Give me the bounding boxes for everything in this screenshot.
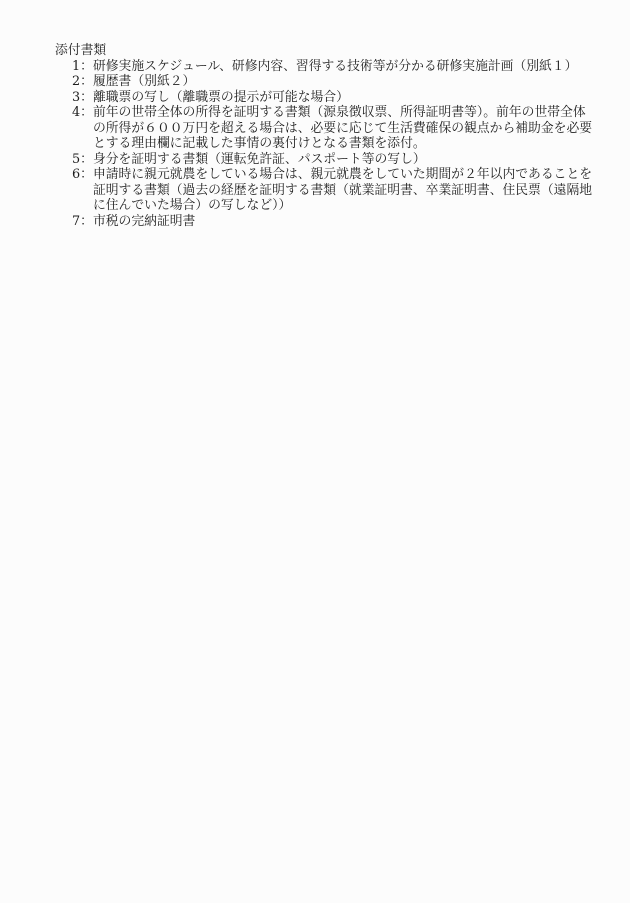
item-text: 申請時に親元就農をしている場合は、親元就農をしていた期間が２年以内であることを … bbox=[93, 167, 592, 214]
item-number: 4： bbox=[72, 105, 93, 121]
item-text: 市税の完納証明書 bbox=[93, 214, 195, 230]
attachments-section: 添付書類 1：研修実施スケジュール、研修内容、習得する技術等が分かる研修実施計画… bbox=[55, 43, 592, 229]
item-number: 6： bbox=[72, 167, 93, 183]
item-number: 7： bbox=[72, 214, 93, 230]
item-text: 離職票の写し（離職票の提示が可能な場合） bbox=[93, 90, 349, 106]
attachment-item: 1：研修実施スケジュール、研修内容、習得する技術等が分かる研修実施計画（別紙１） bbox=[72, 59, 592, 75]
attachment-item: 5：身分を証明する書類（運転免許証、パスポート等の写し） bbox=[72, 152, 592, 168]
item-number: 1： bbox=[72, 59, 93, 75]
attachments-list: 1：研修実施スケジュール、研修内容、習得する技術等が分かる研修実施計画（別紙１）… bbox=[55, 59, 592, 230]
item-number-digit: 3 bbox=[72, 90, 80, 105]
item-number-separator: ： bbox=[80, 105, 93, 120]
attachment-item: 4：前年の世帯全体の所得を証明する書類（源泉徴収票、所得証明書等）。前年の世帯全… bbox=[72, 105, 592, 152]
attachment-item: 6：申請時に親元就農をしている場合は、親元就農をしていた期間が２年以内であること… bbox=[72, 167, 592, 214]
item-number-digit: 4 bbox=[72, 105, 80, 120]
attachment-item: 7：市税の完納証明書 bbox=[72, 214, 592, 230]
item-number-digit: 7 bbox=[72, 214, 80, 229]
item-number-digit: 2 bbox=[72, 74, 80, 89]
item-number: 5： bbox=[72, 152, 93, 168]
item-number-separator: ： bbox=[80, 152, 93, 167]
item-text: 前年の世帯全体の所得を証明する書類（源泉徴収票、所得証明書等）。前年の世帯全体 … bbox=[93, 105, 592, 152]
item-number-separator: ： bbox=[80, 214, 93, 229]
item-number-digit: 6 bbox=[72, 167, 80, 182]
attachments-heading: 添付書類 bbox=[55, 43, 592, 59]
item-number-separator: ： bbox=[80, 167, 93, 182]
item-text: 身分を証明する書類（運転免許証、パスポート等の写し） bbox=[93, 152, 426, 168]
item-number-separator: ： bbox=[80, 59, 93, 74]
item-number-separator: ： bbox=[80, 74, 93, 89]
item-text: 履歴書（別紙２） bbox=[93, 74, 195, 90]
item-number-digit: 1 bbox=[72, 59, 80, 74]
item-number: 2： bbox=[72, 74, 93, 90]
item-number: 3： bbox=[72, 90, 93, 106]
attachment-item: 2：履歴書（別紙２） bbox=[72, 74, 592, 90]
attachment-item: 3：離職票の写し（離職票の提示が可能な場合） bbox=[72, 90, 592, 106]
item-number-digit: 5 bbox=[72, 152, 80, 167]
item-text: 研修実施スケジュール、研修内容、習得する技術等が分かる研修実施計画（別紙１） bbox=[93, 59, 578, 75]
item-number-separator: ： bbox=[80, 90, 93, 105]
